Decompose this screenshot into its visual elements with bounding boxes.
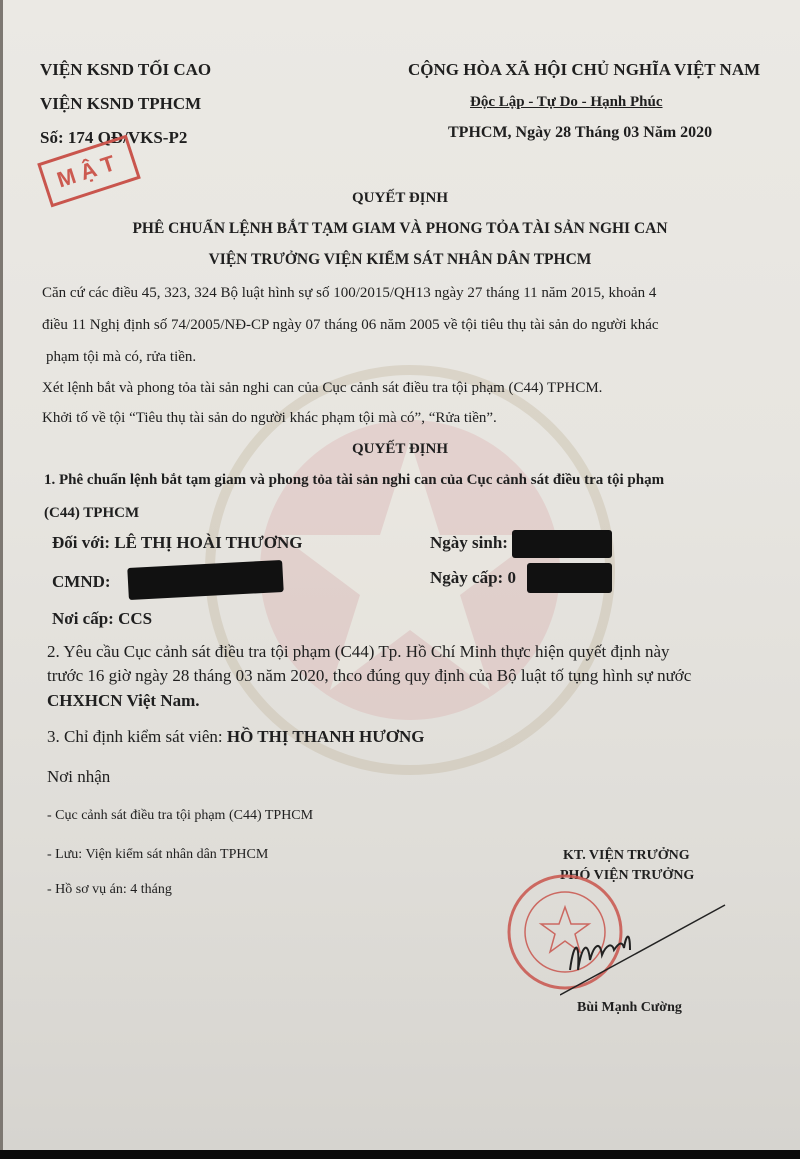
subject-name-label: Đối với:: [52, 533, 110, 552]
preamble-line: phạm tội mà có, rửa tiền.: [46, 349, 196, 366]
issue-place: CCS: [118, 609, 152, 628]
decision-heading: QUYẾT ĐỊNH: [0, 441, 800, 458]
bottom-edge: [0, 1150, 800, 1159]
nation-title: CỘNG HÒA XÃ HỘI CHỦ NGHĨA VIỆT NAM: [408, 60, 760, 80]
paper-edge: [0, 0, 3, 1150]
document-page: VIỆN KSND TỐI CAO VIỆN KSND TPHCM Số: 17…: [0, 0, 800, 1150]
preamble-line: Khởi tố về tội “Tiêu thụ tài sản do ngườ…: [42, 410, 497, 427]
redaction-issue-date: [527, 563, 612, 593]
org-line-1: VIỆN KSND TỐI CAO: [40, 60, 211, 80]
subject-name-row: Đối với: LÊ THỊ HOÀI THƯƠNG: [52, 533, 302, 553]
recipient-item: - Lưu: Viện kiểm sát nhân dân TPHCM: [47, 847, 268, 863]
issue-place-row: Nơi cấp: CCS: [52, 609, 152, 629]
preamble-line: Căn cứ các điều 45, 323, 324 Bộ luật hìn…: [42, 285, 656, 302]
decision-item-3: 3. Chỉ định kiểm sát viên: HỒ THỊ THANH …: [47, 727, 424, 747]
recipient-item: - Hồ sơ vụ án: 4 tháng: [47, 882, 172, 898]
signer-name: Bùi Mạnh Cường: [577, 1000, 682, 1016]
dob-label: Ngày sinh:: [430, 533, 508, 553]
national-motto: Độc Lập - Tự Do - Hạnh Phúc: [470, 94, 663, 111]
decision-item-2-cont: trước 16 giờ ngày 28 tháng 03 năm 2020, …: [47, 666, 691, 686]
signature-scribble-icon: [560, 900, 730, 1000]
doc-subject: PHÊ CHUẨN LỆNH BẮT TẠM GIAM VÀ PHONG TỎA…: [0, 220, 800, 238]
prosecutor-name: HỒ THỊ THANH HƯƠNG: [227, 727, 425, 746]
signer-title-1: KT. VIỆN TRƯỞNG: [563, 848, 690, 864]
doc-heading: QUYẾT ĐỊNH: [0, 190, 800, 207]
decision-item-1-cont: (C44) TPHCM: [44, 505, 139, 522]
decision-item-2-end: CHXHCN Việt Nam.: [47, 691, 200, 711]
decision-item-2: 2. Yêu cầu Cục cảnh sát điều tra tội phạ…: [47, 642, 670, 662]
subject-name: LÊ THỊ HOÀI THƯƠNG: [114, 533, 302, 552]
preamble-line: Xét lệnh bắt và phong tỏa tài sản nghi c…: [42, 380, 602, 397]
org-line-2: VIỆN KSND TPHCM: [40, 94, 201, 114]
recipients-heading: Nơi nhận: [47, 767, 110, 787]
preamble-line: điều 11 Nghị định số 74/2005/NĐ-CP ngày …: [42, 317, 659, 334]
place-date: TPHCM, Ngày 28 Tháng 03 Năm 2020: [448, 124, 712, 142]
decision-item-1: 1. Phê chuẩn lệnh bắt tạm giam và phong …: [44, 472, 664, 489]
doc-authority: VIỆN TRƯỞNG VIỆN KIỂM SÁT NHÂN DÂN TPHCM: [0, 251, 800, 269]
id-label: CMND:: [52, 572, 111, 592]
prosecutor-label: 3. Chỉ định kiểm sát viên:: [47, 727, 223, 746]
recipient-item: - Cục cảnh sát điều tra tội phạm (C44) T…: [47, 808, 313, 824]
redaction-dob: [512, 530, 612, 558]
issue-date-label: Ngày cấp: 0: [430, 568, 516, 588]
issue-place-label: Nơi cấp:: [52, 609, 114, 628]
